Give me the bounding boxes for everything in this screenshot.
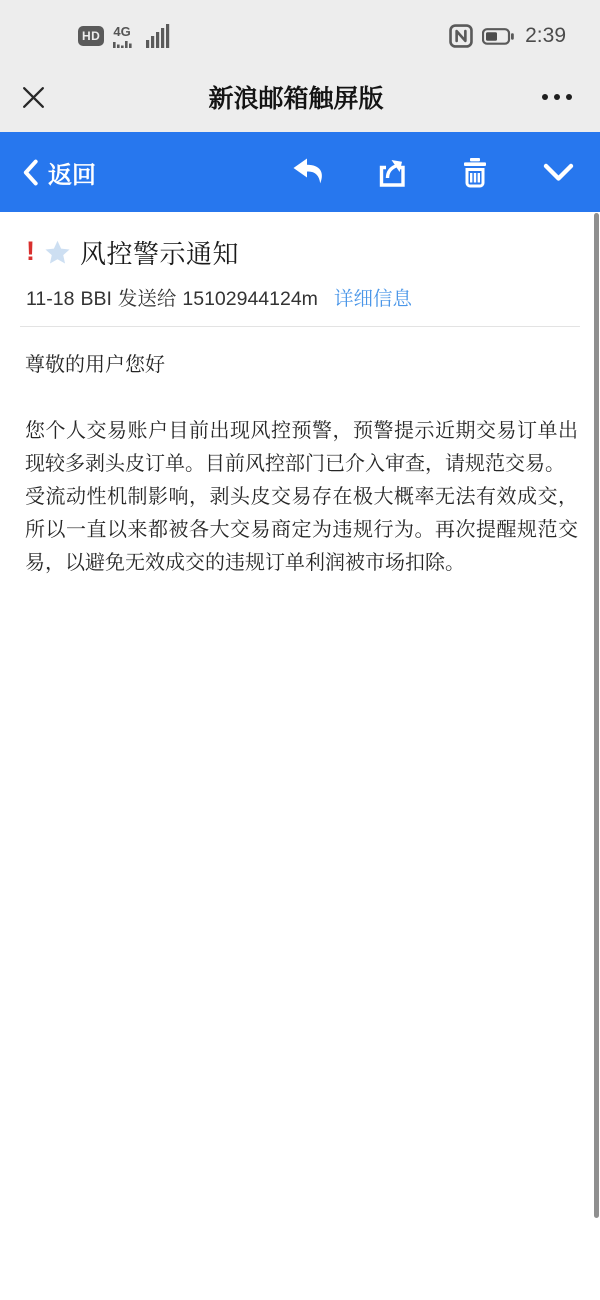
close-button[interactable]: [20, 84, 64, 111]
more-dot-icon: [542, 94, 548, 100]
network-type: 4G: [113, 25, 137, 48]
trash-icon: [457, 156, 493, 188]
share-icon: [375, 156, 409, 188]
email-subject-row: ! 风控警示通知: [0, 212, 600, 271]
mail-toolbar: 返回: [0, 132, 600, 212]
share-button[interactable]: [374, 155, 410, 189]
more-dot-icon: [554, 94, 560, 100]
email-content: ! 风控警示通知 11-18 BBI 发送给 15102944124m 详细信息…: [0, 212, 600, 580]
priority-exclamation-icon: !: [26, 238, 35, 265]
scrollbar[interactable]: [594, 213, 599, 1218]
clock-time: 2:39: [525, 24, 566, 48]
chevron-left-icon: [22, 159, 39, 186]
body-paragraph: 您个人交易账户目前出现风控预警，预警提示近期交易订单出现较多剥头皮订单。目前风控…: [25, 415, 578, 580]
chevron-down-icon: [541, 157, 576, 187]
email-meta-row: 11-18 BBI 发送给 15102944124m 详细信息: [0, 271, 600, 326]
email-sender: BBI: [80, 288, 111, 311]
email-recipient: 15102944124m: [182, 288, 318, 311]
signal-small-icon: [113, 38, 137, 48]
star-icon[interactable]: [44, 239, 71, 266]
collapse-button[interactable]: [540, 155, 576, 189]
reply-icon: [291, 156, 327, 188]
sent-to-label: 发送给: [118, 283, 177, 311]
toolbar-actions: [291, 155, 576, 189]
nfc-icon: [449, 24, 473, 48]
email-date: 11-18: [26, 288, 74, 311]
phone-screen: HD 4G: [0, 0, 600, 1300]
close-icon: [20, 84, 47, 111]
battery-icon: [482, 28, 514, 45]
email-body: 尊敬的用户您好 您个人交易账户目前出现风控预警，预警提示近期交易订单出现较多剥头…: [0, 327, 600, 580]
more-dot-icon: [566, 94, 572, 100]
status-right: 2:39: [449, 24, 566, 48]
reply-button[interactable]: [291, 155, 327, 189]
back-button-label: 返回: [48, 155, 96, 190]
status-left: HD 4G: [78, 24, 173, 48]
hd-icon: HD: [78, 26, 104, 46]
body-greeting: 尊敬的用户您好: [25, 349, 578, 382]
details-link[interactable]: 详细信息: [334, 283, 412, 311]
delete-button[interactable]: [457, 155, 493, 189]
more-menu-button[interactable]: [528, 94, 572, 100]
email-subject: 风控警示通知: [80, 234, 239, 271]
back-button[interactable]: 返回: [22, 155, 96, 190]
signal-bars-icon: [146, 24, 173, 48]
app-header: 新浪邮箱触屏版: [0, 62, 600, 132]
page-title: 新浪邮箱触屏版: [64, 79, 528, 115]
status-bar: HD 4G: [0, 0, 600, 62]
